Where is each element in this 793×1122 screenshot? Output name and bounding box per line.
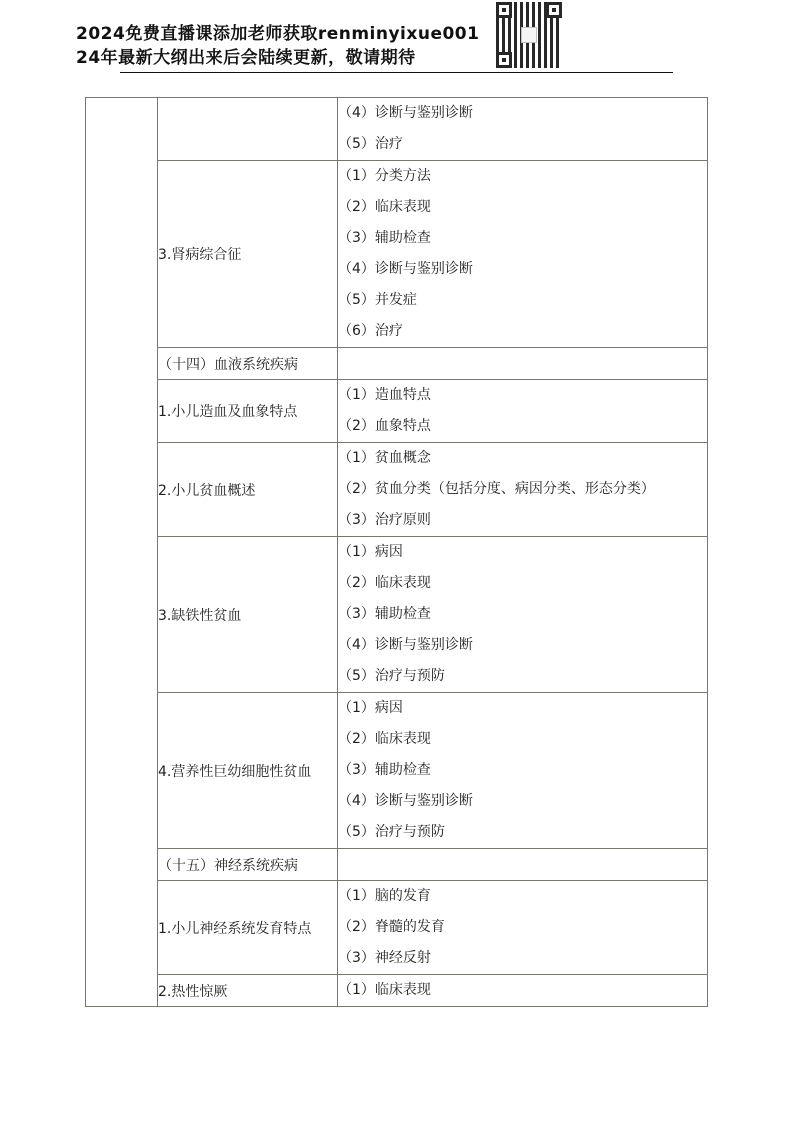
watermark-header: 2024免费直播课添加老师获取renminyixue001 24年最新大纲出来后… bbox=[76, 22, 479, 70]
header-line-1: 2024免费直播课添加老师获取renminyixue001 bbox=[76, 22, 479, 46]
topic-title: 3.缺铁性贫血 bbox=[158, 537, 338, 693]
table-row: 2.热性惊厥（1）临床表现 bbox=[86, 975, 708, 1007]
requirement-list: （1）脑的发育（2）脊髓的发育（3）神经反射 bbox=[338, 881, 708, 975]
qr-logo-icon bbox=[521, 27, 537, 43]
requirement-item: （2）贫血分类（包括分度、病因分类、形态分类） bbox=[338, 474, 707, 505]
requirement-item: （4）诊断与鉴别诊断 bbox=[338, 786, 707, 817]
requirement-list: （1）贫血概念（2）贫血分类（包括分度、病因分类、形态分类）（3）治疗原则 bbox=[338, 443, 708, 537]
requirement-item: （2）临床表现 bbox=[338, 724, 707, 755]
table-row: 4.营养性巨幼细胞性贫血（1）病因（2）临床表现（3）辅助检查（4）诊断与鉴别诊… bbox=[86, 693, 708, 849]
qr-code-icon bbox=[496, 2, 562, 68]
table-row: 1.小儿造血及血象特点（1）造血特点（2）血象特点 bbox=[86, 380, 708, 443]
subject-cell bbox=[86, 98, 158, 1007]
empty-cell bbox=[338, 348, 708, 380]
requirement-item: （4）诊断与鉴别诊断 bbox=[338, 630, 707, 661]
requirement-item: （3）神经反射 bbox=[338, 943, 707, 974]
qr-finder-icon bbox=[496, 52, 512, 68]
header-divider bbox=[120, 72, 673, 73]
requirement-list: （1）分类方法（2）临床表现（3）辅助检查（4）诊断与鉴别诊断（5）并发症（6）… bbox=[338, 161, 708, 348]
qr-finder-icon bbox=[546, 2, 562, 18]
table-row: 1.小儿神经系统发育特点（1）脑的发育（2）脊髓的发育（3）神经反射 bbox=[86, 881, 708, 975]
table-row: 3.缺铁性贫血（1）病因（2）临床表现（3）辅助检查（4）诊断与鉴别诊断（5）治… bbox=[86, 537, 708, 693]
syllabus-table: （4）诊断与鉴别诊断（5）治疗3.肾病综合征（1）分类方法（2）临床表现（3）辅… bbox=[85, 97, 708, 1007]
requirement-item: （5）治疗与预防 bbox=[338, 817, 707, 848]
qr-finder-icon bbox=[496, 2, 512, 18]
table-row: 3.肾病综合征（1）分类方法（2）临床表现（3）辅助检查（4）诊断与鉴别诊断（5… bbox=[86, 161, 708, 348]
topic-title: 3.肾病综合征 bbox=[158, 161, 338, 348]
requirement-item: （2）血象特点 bbox=[338, 411, 707, 442]
requirement-item: （1）造血特点 bbox=[338, 380, 707, 411]
requirement-list: （1）临床表现 bbox=[338, 975, 708, 1007]
chapter-row: （十四）血液系统疾病 bbox=[86, 348, 708, 380]
topic-title bbox=[158, 98, 338, 161]
requirement-list: （1）病因（2）临床表现（3）辅助检查（4）诊断与鉴别诊断（5）治疗与预防 bbox=[338, 537, 708, 693]
requirement-item: （1）病因 bbox=[338, 537, 707, 568]
header-line-2: 24年最新大纲出来后会陆续更新，敬请期待 bbox=[76, 46, 479, 70]
topic-title: 1.小儿造血及血象特点 bbox=[158, 380, 338, 443]
requirement-item: （1）脑的发育 bbox=[338, 881, 707, 912]
requirement-item: （5）治疗与预防 bbox=[338, 661, 707, 692]
topic-title: 1.小儿神经系统发育特点 bbox=[158, 881, 338, 975]
requirement-list: （1）病因（2）临床表现（3）辅助检查（4）诊断与鉴别诊断（5）治疗与预防 bbox=[338, 693, 708, 849]
requirement-item: （3）辅助检查 bbox=[338, 599, 707, 630]
requirement-list: （4）诊断与鉴别诊断（5）治疗 bbox=[338, 98, 708, 161]
requirement-item: （3）治疗原则 bbox=[338, 505, 707, 536]
topic-title: 2.小儿贫血概述 bbox=[158, 443, 338, 537]
requirement-list: （1）造血特点（2）血象特点 bbox=[338, 380, 708, 443]
requirement-item: （3）辅助检查 bbox=[338, 755, 707, 786]
topic-title: 2.热性惊厥 bbox=[158, 975, 338, 1007]
requirement-item: （1）分类方法 bbox=[338, 161, 707, 192]
empty-cell bbox=[338, 849, 708, 881]
requirement-item: （4）诊断与鉴别诊断 bbox=[338, 98, 707, 129]
chapter-title: （十四）血液系统疾病 bbox=[158, 348, 338, 380]
requirement-item: （5）并发症 bbox=[338, 285, 707, 316]
requirement-item: （6）治疗 bbox=[338, 316, 707, 347]
requirement-item: （2）临床表现 bbox=[338, 192, 707, 223]
requirement-item: （1）病因 bbox=[338, 693, 707, 724]
requirement-item: （2）脊髓的发育 bbox=[338, 912, 707, 943]
chapter-title: （十五）神经系统疾病 bbox=[158, 849, 338, 881]
requirement-item: （3）辅助检查 bbox=[338, 223, 707, 254]
requirement-item: （1）贫血概念 bbox=[338, 443, 707, 474]
table-row: 2.小儿贫血概述（1）贫血概念（2）贫血分类（包括分度、病因分类、形态分类）（3… bbox=[86, 443, 708, 537]
chapter-row: （十五）神经系统疾病 bbox=[86, 849, 708, 881]
topic-title: 4.营养性巨幼细胞性贫血 bbox=[158, 693, 338, 849]
requirement-item: （1）临床表现 bbox=[338, 975, 707, 1006]
requirement-item: （2）临床表现 bbox=[338, 568, 707, 599]
requirement-item: （4）诊断与鉴别诊断 bbox=[338, 254, 707, 285]
requirement-item: （5）治疗 bbox=[338, 129, 707, 160]
table-row: （4）诊断与鉴别诊断（5）治疗 bbox=[86, 98, 708, 161]
